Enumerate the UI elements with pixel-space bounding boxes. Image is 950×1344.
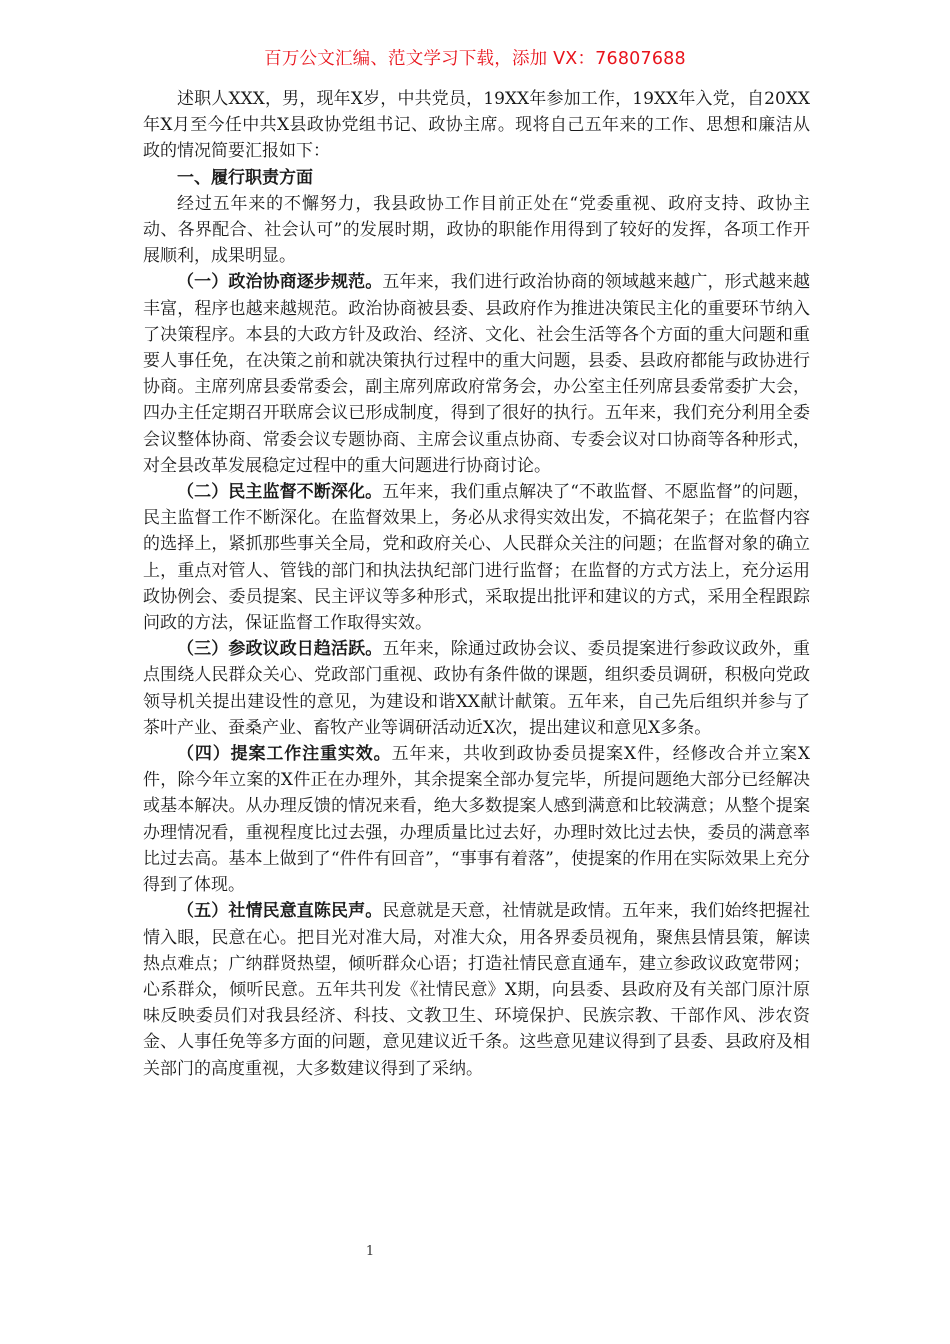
section-heading: 一、履行职责方面 xyxy=(143,165,810,191)
promo-banner: 百万公文汇编、范文学习下载，添加 VX：76807688 xyxy=(0,46,950,72)
intro-paragraph: 述职人XXX，男，现年X岁，中共党员，19XX年参加工作，19XX年入党，自20… xyxy=(143,86,810,165)
page-number: 1 xyxy=(0,1244,740,1259)
item-text-5: 民意就是天意，社情就是政情。五年来，我们始终把握社情入眼，民意在心。把目光对准大… xyxy=(143,901,810,1078)
item-text-4: 五年来，共收到政协委员提案X件，经修改合并立案X件，除今年立案的X件正在办理外，… xyxy=(143,744,810,895)
item-paragraph-4: （四）提案工作注重实效。五年来，共收到政协委员提案X件，经修改合并立案X件，除今… xyxy=(143,741,810,898)
item-paragraph-5: （五）社情民意直陈民声。民意就是天意，社情就是政情。五年来，我们始终把握社情入眼… xyxy=(143,898,810,1081)
item-lead-2: （二）民主监督不断深化。 xyxy=(177,482,382,502)
document-page: 百万公文汇编、范文学习下载，添加 VX：76807688 述职人XXX，男，现年… xyxy=(0,0,950,1344)
document-body: 述职人XXX，男，现年X岁，中共党员，19XX年参加工作，19XX年入党，自20… xyxy=(143,86,810,1082)
item-lead-3: （三）参政议政日趋活跃。 xyxy=(177,639,382,659)
item-lead-4: （四）提案工作注重实效。 xyxy=(177,744,392,764)
item-paragraph-3: （三）参政议政日趋活跃。五年来，除通过政协会议、委员提案进行参政议政外，重点围绕… xyxy=(143,636,810,741)
item-text-1: 五年来，我们进行政治协商的领域越来越广，形式越来越丰富，程序也越来越规范。政治协… xyxy=(143,272,810,475)
item-paragraph-2: （二）民主监督不断深化。五年来，我们重点解决了“不敢监督、不愿监督”的问题，民主… xyxy=(143,479,810,636)
item-text-2: 五年来，我们重点解决了“不敢监督、不愿监督”的问题，民主监督工作不断深化。在监督… xyxy=(143,482,810,633)
item-lead-5: （五）社情民意直陈民声。 xyxy=(177,901,382,921)
section-intro-paragraph: 经过五年来的不懈努力，我县政协工作目前正处在“党委重视、政府支持、政协主动、各界… xyxy=(143,191,810,270)
item-paragraph-1: （一）政治协商逐步规范。五年来，我们进行政治协商的领域越来越广，形式越来越丰富，… xyxy=(143,269,810,479)
item-lead-1: （一）政治协商逐步规范。 xyxy=(177,272,382,292)
